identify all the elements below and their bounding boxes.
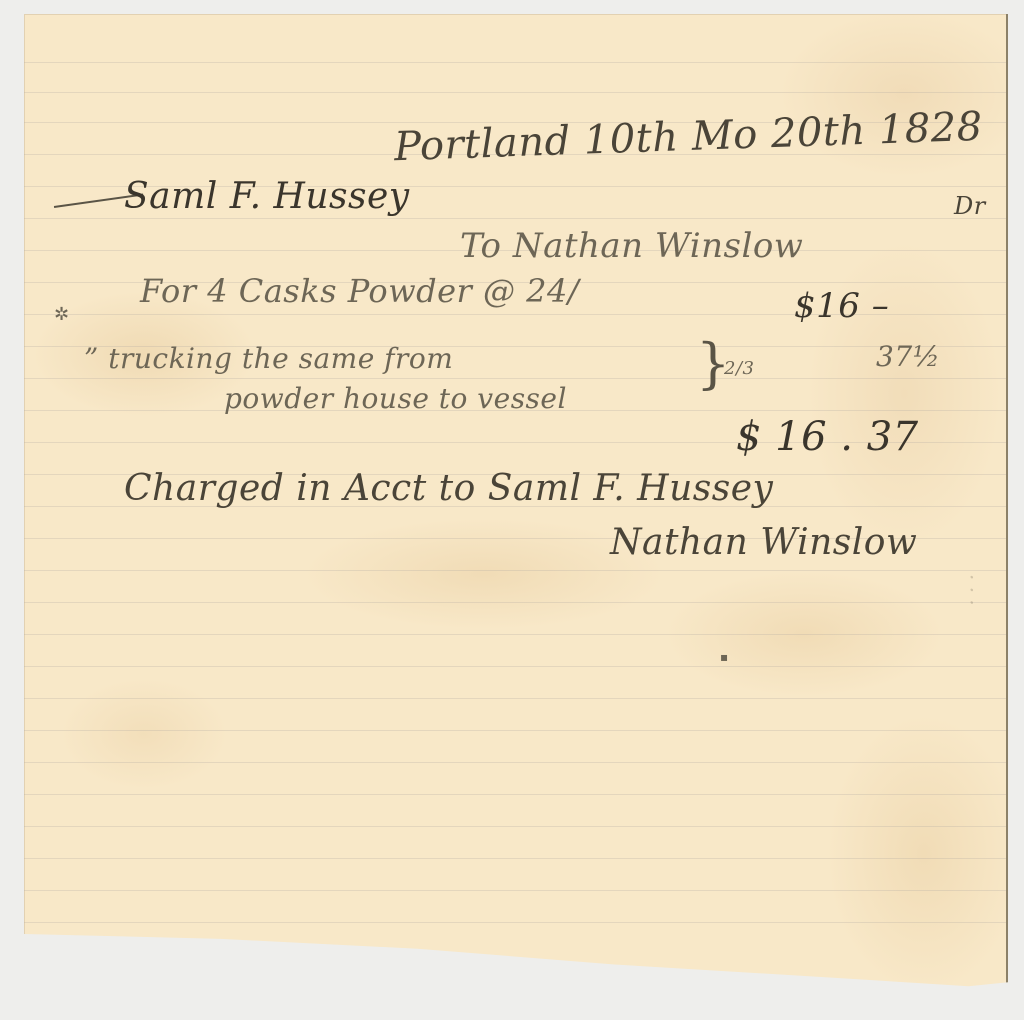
ruled-line <box>24 570 1008 571</box>
ruled-line <box>24 378 1008 379</box>
ruled-line <box>24 634 1008 635</box>
ruled-line <box>24 62 1008 63</box>
debit-mark: Dr <box>954 192 986 220</box>
ruled-line <box>24 666 1008 667</box>
ruled-line <box>24 794 1008 795</box>
ruled-line <box>24 826 1008 827</box>
item-2-description-line1: ” trucking the same from <box>84 342 453 375</box>
item-2-description-line2: powder house to vessel <box>224 382 567 415</box>
ruled-line <box>24 922 1008 923</box>
item-1-amount: $16 – <box>794 286 889 326</box>
pencil-marks: · · · <box>960 574 984 606</box>
ruled-line <box>24 762 1008 763</box>
ruled-line <box>24 890 1008 891</box>
ruled-line <box>24 730 1008 731</box>
ink-blot: ✲ <box>54 304 69 325</box>
charged-note: Charged in Acct to Saml F. Hussey <box>124 468 773 509</box>
ruled-line <box>24 92 1008 93</box>
item-2-rate: 2/3 <box>724 358 754 379</box>
ink-dot: ▪ <box>720 650 728 664</box>
ruled-line <box>24 858 1008 859</box>
ruled-line <box>24 698 1008 699</box>
total-amount: $ 16 . 37 <box>736 414 919 460</box>
creditor-line: To Nathan Winslow <box>460 226 803 266</box>
ruled-line <box>24 602 1008 603</box>
signature: Nathan Winslow <box>610 522 917 563</box>
paper-edge <box>1006 14 1008 1000</box>
place-date: Portland 10th Mo 20th 1828 <box>393 104 983 171</box>
debtor-name: Saml F. Hussey <box>124 176 410 217</box>
receipt-paper: Portland 10th Mo 20th 1828 Saml F. Husse… <box>24 14 1008 1000</box>
item-1-description: For 4 Casks Powder @ 24/ <box>140 272 579 310</box>
ruled-line <box>24 218 1008 219</box>
item-2-amount: 37½ <box>876 340 940 373</box>
